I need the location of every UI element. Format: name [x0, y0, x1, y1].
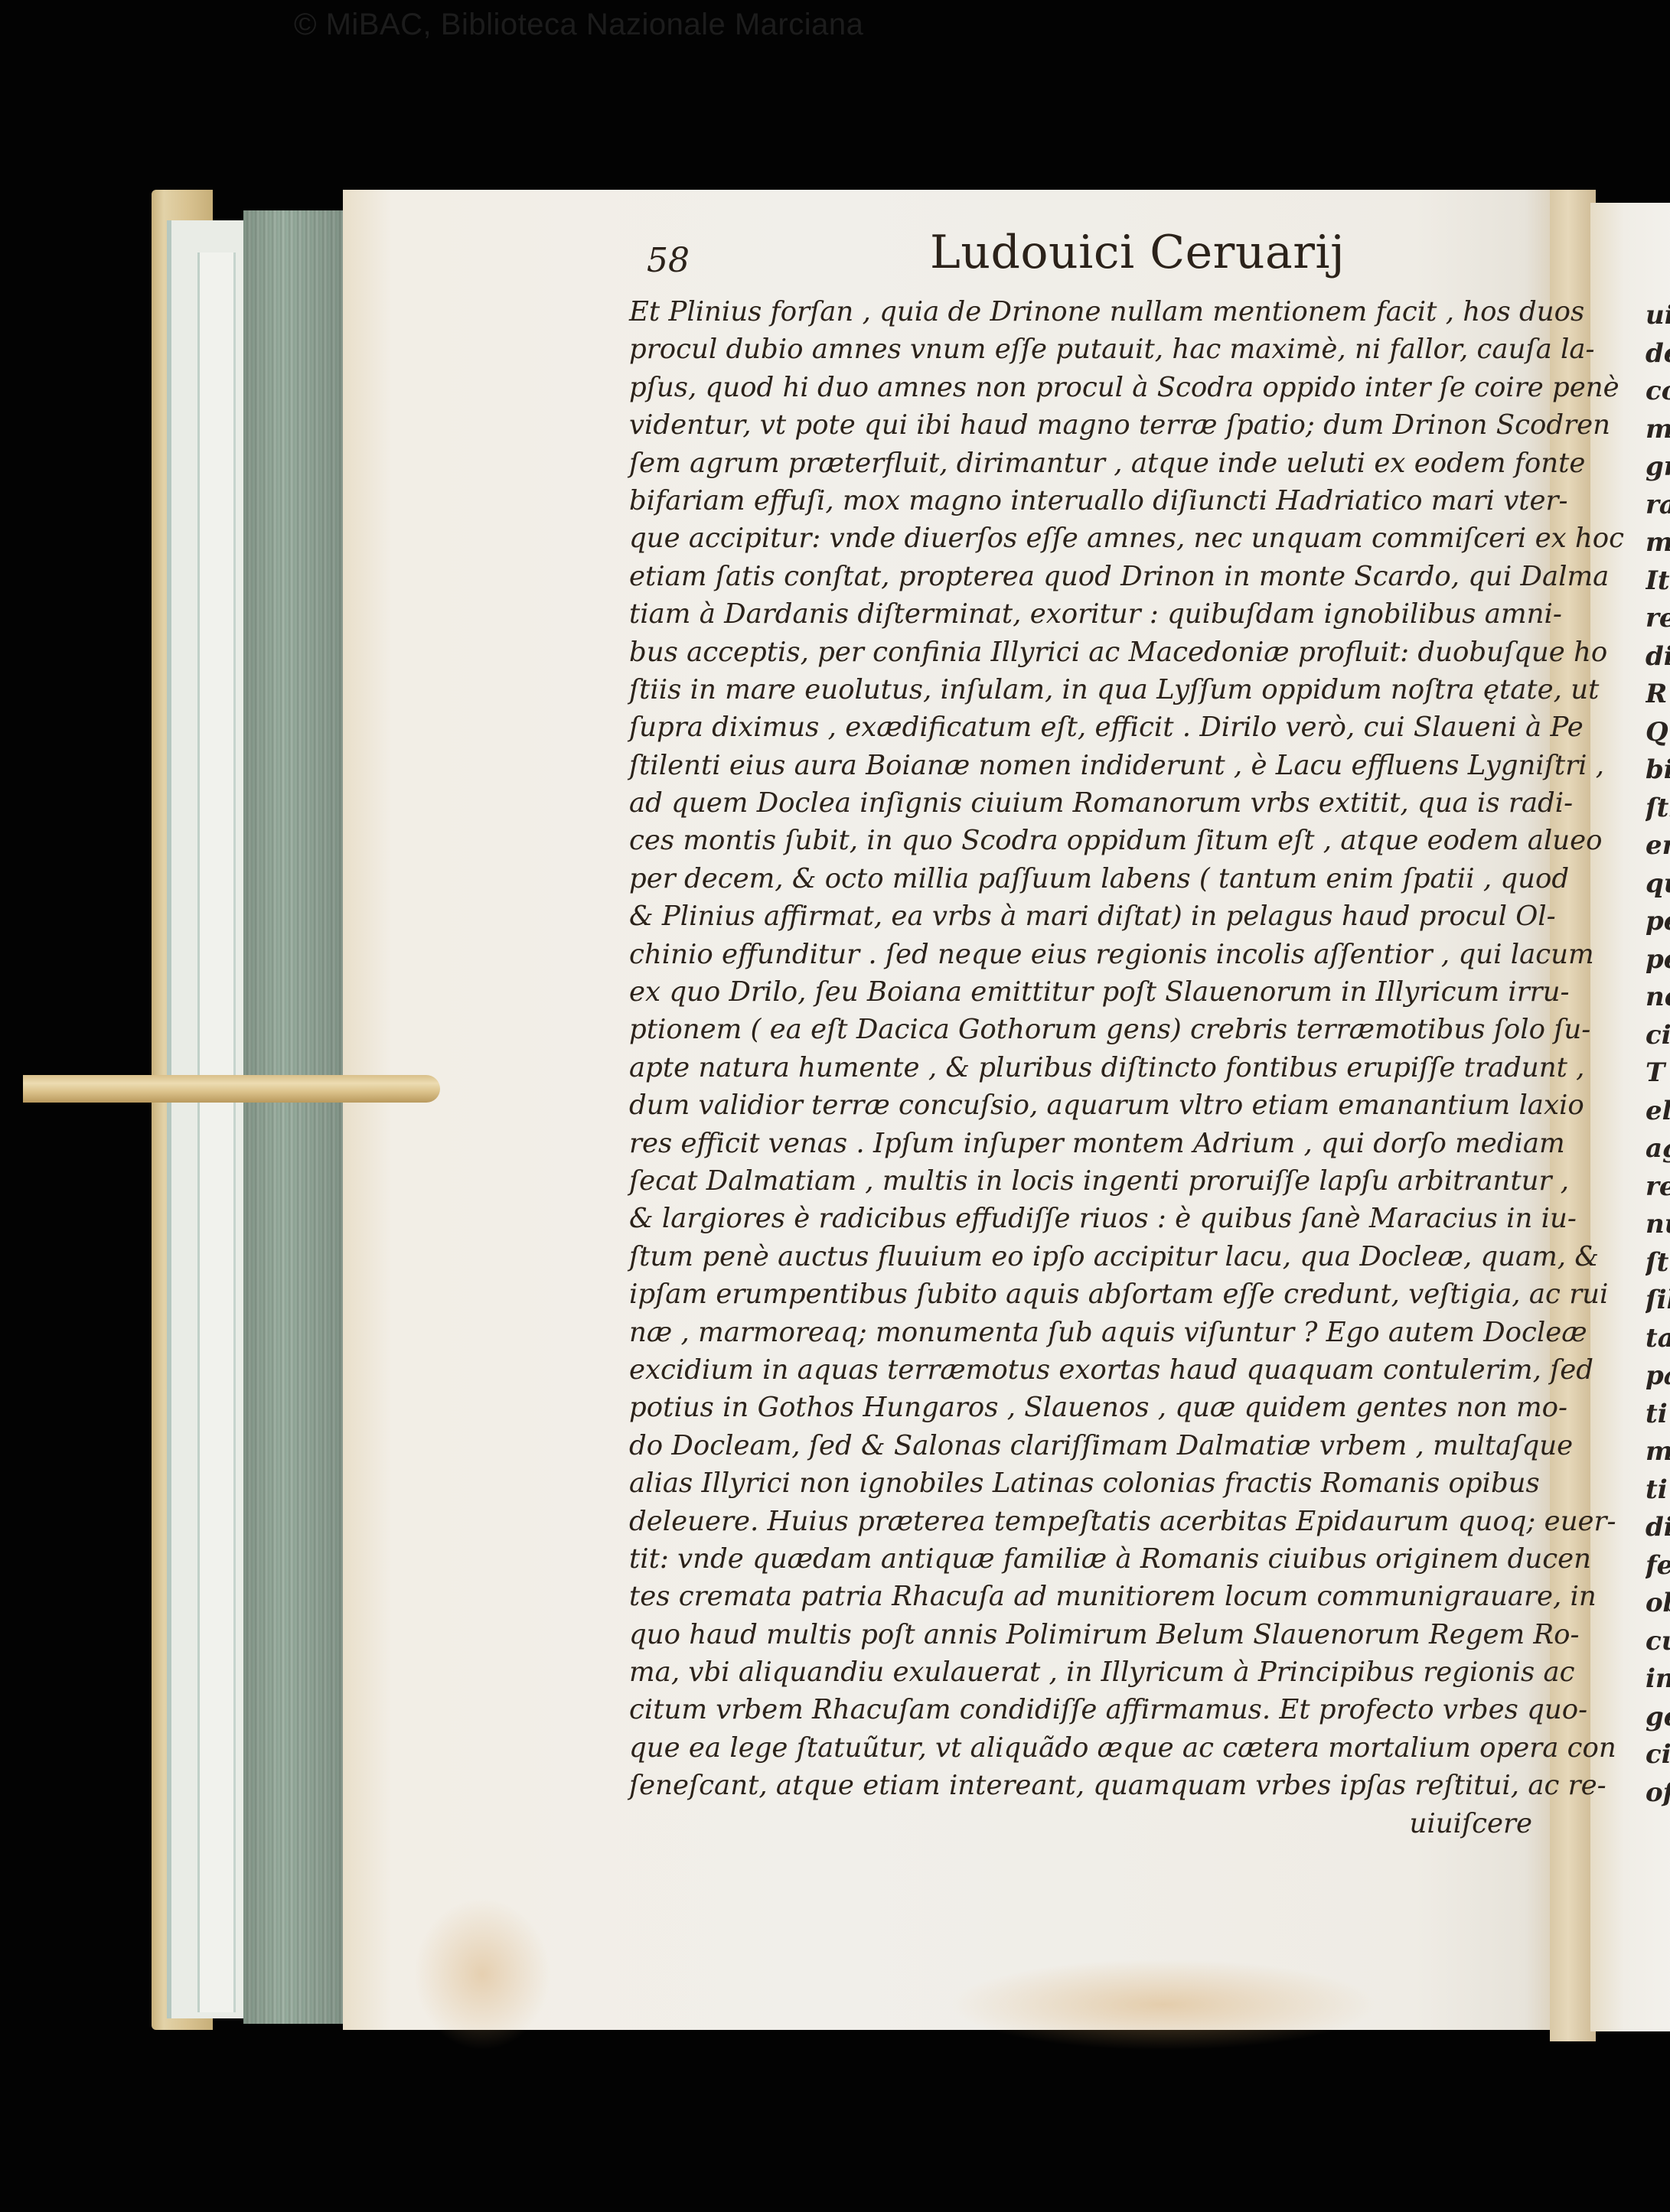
endpaper-inner-leaf: [197, 252, 236, 2012]
text-line: excidium in aquas terræmotus exortas hau…: [629, 1351, 1532, 1389]
text-line: bifariam effuſi, mox magno interuallo di…: [629, 482, 1532, 520]
text-line: pſus, quod hi duo amnes non procul à Sco…: [629, 369, 1532, 406]
text-line: tiam à Dardanis diſterminat, exoritur : …: [629, 595, 1532, 633]
text-line: per decem, & octo millia paſſuum labens …: [629, 860, 1532, 898]
text-line: etiam ſatis conſtat, propterea quod Drin…: [629, 558, 1532, 595]
text-line: ſtum penè auctus fluuium eo ipſo accipit…: [629, 1238, 1532, 1275]
text-line: procul dubio amnes vnum eſſe putauit, ha…: [629, 331, 1532, 368]
foxing-stain: [413, 1898, 551, 2051]
text-line: ſupra diximus , exædificatum eſt, effici…: [629, 709, 1532, 746]
text-line: apte natura humente , & pluribus diſtinc…: [629, 1049, 1532, 1086]
text-line: tes cremata patria Rhacuſa ad munitiorem…: [629, 1578, 1532, 1615]
text-line: que ea lege ſtatuũtur, vt aliquãdo æque …: [629, 1729, 1532, 1767]
fore-edge-shadow: [243, 210, 343, 2024]
page-number: 58: [647, 241, 690, 280]
recto-text-fragment: ui de co m gr ra m It re di R Q bi ſti e…: [1646, 297, 1670, 1812]
catchword: uiuiſcere: [629, 1805, 1532, 1842]
text-line: ces montis ſubit, in quo Scodra oppidum …: [629, 822, 1532, 859]
text-line: ptionem ( ea eſt Dacica Gothorum gens) c…: [629, 1011, 1532, 1048]
text-line: ſem agrum præterfluit, dirimantur , atqu…: [629, 445, 1532, 482]
text-line: deleuere. Huius præterea tempeſtatis ace…: [629, 1503, 1532, 1540]
body-text: Et Plinius forſan , quia de Drinone null…: [629, 293, 1532, 1842]
foxing-stain: [949, 1959, 1378, 2051]
copyright-watermark: © MiBAC, Biblioteca Nazionale Marciana: [294, 8, 863, 42]
text-line: chinio effunditur . ſed neque eius regio…: [629, 936, 1532, 973]
text-line: res efficit venas . Ipſum inſuper montem…: [629, 1125, 1532, 1162]
text-line: quo haud multis poſt annis Polimirum Bel…: [629, 1616, 1532, 1653]
page-holder-stick: [23, 1075, 440, 1103]
text-line: bus acceptis, per confinia Illyrici ac M…: [629, 634, 1532, 671]
text-line: ſecat Dalmatiam , multis in locis ingent…: [629, 1162, 1532, 1200]
text-line: ipſam erumpentibus ſubito aquis abſortam…: [629, 1275, 1532, 1313]
text-line: ſtilenti eius aura Boianæ nomen indideru…: [629, 747, 1532, 784]
text-line: næ , marmoreaq; monumenta ſub aquis viſu…: [629, 1314, 1532, 1351]
text-line: tit: vnde quædam antiquæ familiæ à Roman…: [629, 1540, 1532, 1578]
text-line: dum validior terræ concuſsio, aquarum vl…: [629, 1086, 1532, 1124]
text-line: alias Illyrici non ignobiles Latinas col…: [629, 1464, 1532, 1502]
text-line: que accipitur: vnde diuerſos eſſe amnes,…: [629, 520, 1532, 557]
text-line: potius in Gothos Hungaros , Slauenos , q…: [629, 1389, 1532, 1426]
text-line: ad quem Doclea inſignis ciuium Romanorum…: [629, 784, 1532, 822]
text-line: & Plinius affirmat, ea vrbs à mari diſta…: [629, 898, 1532, 935]
text-line: ſeneſcant, atque etiam intereant, quamqu…: [629, 1767, 1532, 1804]
text-line: ex quo Drilo, ſeu Boiana emittitur poſt …: [629, 973, 1532, 1011]
text-line: citum vrbem Rhacuſam condidiſſe affirmam…: [629, 1691, 1532, 1728]
text-line: Et Plinius forſan , quia de Drinone null…: [629, 293, 1532, 331]
text-line: videntur, vt pote qui ibi haud magno ter…: [629, 406, 1532, 444]
text-line: ſtiis in mare euolutus, inſulam, in qua …: [629, 671, 1532, 709]
text-line: do Docleam, ſed & Salonas clariſſimam Da…: [629, 1427, 1532, 1464]
page-header: 58 Ludouici Ceruarij: [647, 226, 1527, 287]
running-head: Ludouici Ceruarij: [930, 226, 1345, 279]
text-line: ma, vbi aliquandiu exulauerat , in Illyr…: [629, 1653, 1532, 1691]
text-line: & largiores è radicibus effudiſſe riuos …: [629, 1200, 1532, 1237]
